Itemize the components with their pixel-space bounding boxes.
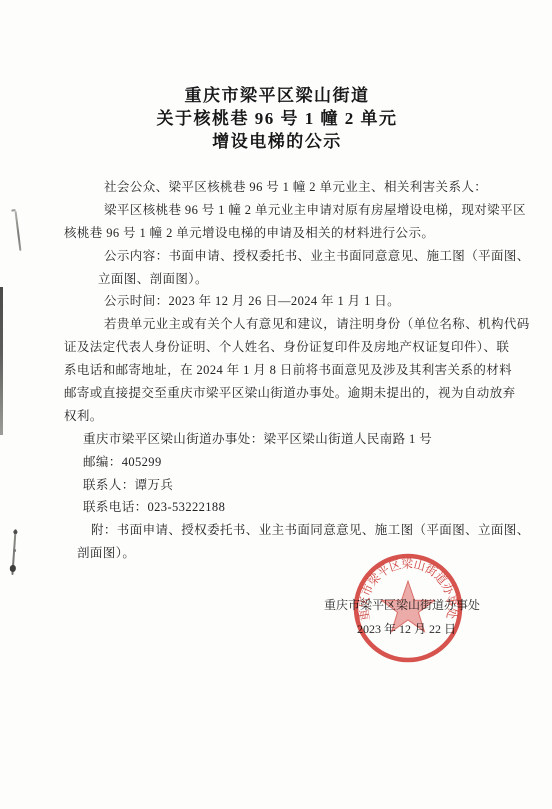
notice-body: 社会公众、梁平区核桃巷 96 号 1 幢 2 单元业主、相关利害关系人： 梁平区… <box>64 176 504 565</box>
body-line-period: 公示时间：2023 年 12 月 26 日—2024 年 1 月 1 日。 <box>64 290 504 313</box>
notice-title: 重庆市梁平区梁山街道 关于核桃巷 96 号 1 幢 2 单元 增设电梯的公示 <box>64 84 490 153</box>
scan-artifact-bracket <box>15 211 22 251</box>
body-line: 证及法定代表人身份证明、个人姓名、身份证复印件及房地产权证复印件）、联 <box>64 336 504 359</box>
title-line-1: 重庆市梁平区梁山街道 <box>64 84 490 107</box>
body-line-attachments: 附：书面申请、授权委托书、业主书面同意意见、施工图（平面图、立面图、 <box>64 519 504 542</box>
scan-artifact-edge-shadow <box>0 287 3 435</box>
body-line: 系电话和邮寄地址，在 2024 年 1 月 8 日前将书面意见及涉及其利害关系的… <box>64 359 504 382</box>
body-line: 立面图、剖面图）。 <box>64 268 504 291</box>
title-line-3: 增设电梯的公示 <box>64 130 490 153</box>
body-line: 梁平区核桃巷 96 号 1 幢 2 单元业主申请对原有房屋增设电梯，现对梁平区 <box>64 199 504 222</box>
title-line-2: 关于核桃巷 96 号 1 幢 2 单元 <box>64 107 490 130</box>
scan-artifact-staple <box>11 529 16 575</box>
body-line: 若贵单元业主或有关个人有意见和建议，请注明身份（单位名称、机构代码 <box>64 313 504 336</box>
staple-dot <box>13 530 17 534</box>
body-line-phone: 联系电话：023-53222188 <box>64 496 504 519</box>
staple-dot <box>13 549 16 552</box>
body-line-postcode: 邮编：405299 <box>64 451 504 474</box>
seal-star-icon <box>381 581 434 632</box>
official-seal-stamp: 重庆市梁平区梁山街道办事处 <box>350 550 466 666</box>
scanned-notice-page: 重庆市梁平区梁山街道 关于核桃巷 96 号 1 幢 2 单元 增设电梯的公示 社… <box>0 0 552 809</box>
body-line-contact-name: 联系人：谭万兵 <box>64 474 504 497</box>
body-line: 权利。 <box>64 405 504 428</box>
body-line-content: 公示内容：书面申请、授权委托书、业主书面同意意见、施工图（平面图、 <box>64 245 504 268</box>
staple-dot <box>10 565 16 572</box>
body-line: 邮寄或直接提交至重庆市梁平区梁山街道办事处。逾期未提出的，视为自动放弃 <box>64 382 504 405</box>
body-line: 核桃巷 96 号 1 幢 2 单元增设电梯的申请及相关的材料进行公示。 <box>64 222 504 245</box>
body-line-address: 重庆市梁平区梁山街道办事处：梁平区梁山街道人民南路 1 号 <box>64 428 504 451</box>
body-line-salutation: 社会公众、梁平区核桃巷 96 号 1 幢 2 单元业主、相关利害关系人： <box>64 176 504 199</box>
